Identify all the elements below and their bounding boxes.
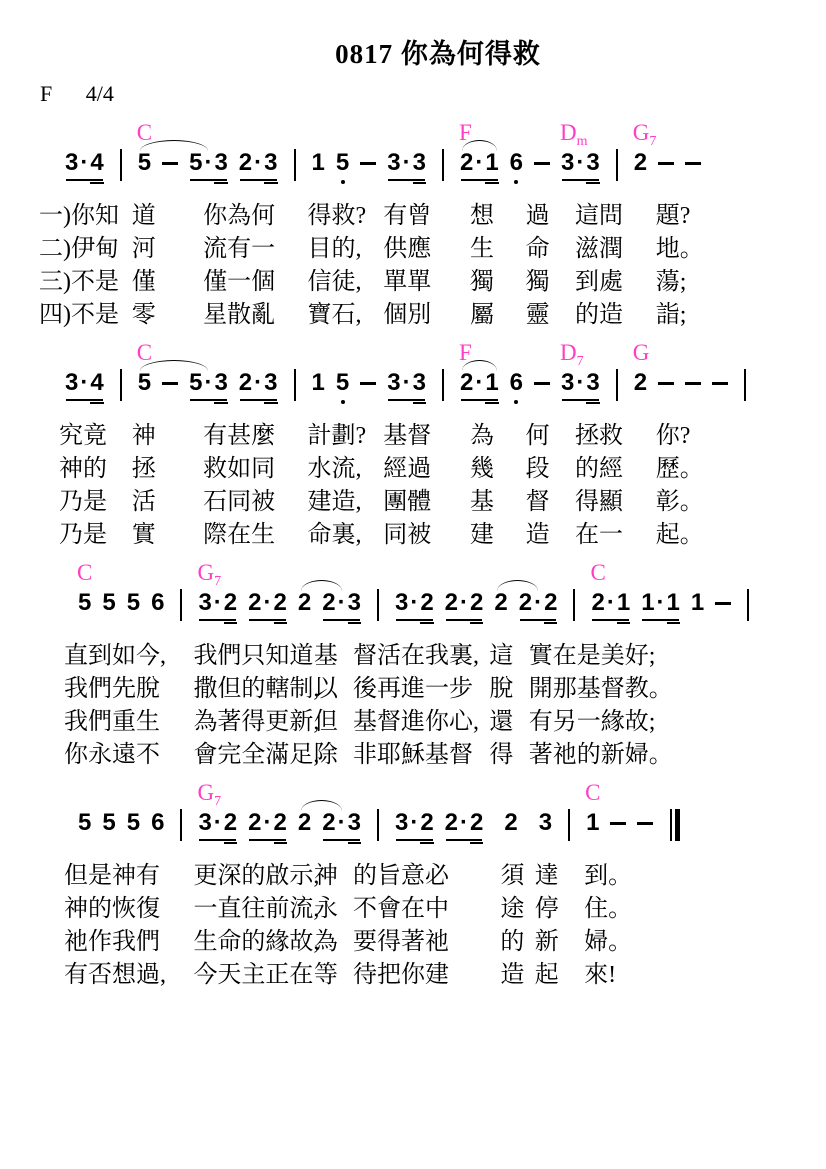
title-row: 0817 你為何得救 [0,0,826,71]
note: 5 [127,809,140,837]
note: 5 [102,589,115,617]
lyric-segment: 為著得更新, [193,707,319,738]
note-number: 2 [239,149,252,176]
lyric-segment: 你永遠不 [64,740,160,771]
note-number: 5 [78,589,91,616]
lyric-segment: 命裏, [308,520,362,551]
lyric-segment: 四)不是 [39,300,119,331]
note-number: 2 [248,589,261,616]
dotted-note-pair: 2·3 [239,149,278,177]
lyric-segment: 基督 [383,421,431,452]
lyric-segment: 停 [535,894,559,925]
lyric-segment: 有另一緣故; [529,707,656,738]
chord-symbol: C [137,121,152,145]
music-system: G7C55563·22·222·33·22·2231但是神有更深的啟示,神的旨意… [0,781,826,993]
bar-line [294,369,296,401]
note: 2 [634,149,647,177]
lyric-segment: 段 [526,454,550,485]
lyrics-block: 但是神有更深的啟示,神的旨意必須達到。神的恢復一直往前流,永不會在中途停住。祂作… [0,861,826,993]
chord-symbol: C [585,781,600,805]
lyric-row: 但是神有更深的啟示,神的旨意必須達到。 [0,861,826,894]
chord-letter: C [137,340,152,365]
bar-line [573,589,575,621]
dotted-note-pair: 3·2 [395,589,434,617]
dotted-note-pair: 1·1 [641,589,680,617]
note-number: 2 [420,589,433,616]
lyric-segment: 以 [314,674,338,705]
dotted-note-pair: 3·2 [395,809,434,837]
note-number: 5 [102,809,115,836]
note-number: 6 [151,809,164,836]
lyric-segment: 造 [500,960,524,991]
chord-symbol: C [590,561,605,585]
lyric-segment: 的經 [575,454,623,485]
note-number: 2 [494,589,507,616]
lyric-segment: 團體 [383,487,431,518]
lyric-row: 四)不是零星散亂寶石,個別屬靈的造詣; [0,300,826,333]
note: 5 [138,369,151,397]
dash-rest [712,382,728,385]
chord-letter: C [590,560,605,585]
hymn-sheet-page: 0817 你為何得救 F 4/4 CFDmG73·455·32·3153·32·… [0,0,826,1169]
lyric-segment: 的 [500,927,524,958]
rhythm-dot: · [576,149,584,176]
note-number: 3 [65,149,78,176]
lyric-segment: 蕩; [656,267,687,298]
lyric-segment: 建 [470,520,494,551]
note-number: 6 [151,589,164,616]
dotted-note-pair: 2·2 [248,589,287,617]
low-octave-dot [514,180,518,184]
notation-line: 55563·22·222·33·22·2231 [0,807,826,859]
note-number: 2 [239,369,252,396]
note-number: 1 [485,149,498,176]
lyric-segment: 有曾 [383,201,431,232]
note-number: 5 [127,589,140,616]
dotted-note-pair: 3·4 [65,149,104,177]
rhythm-dot: · [460,809,468,836]
note-number: 1 [312,149,325,176]
lyric-segment: 二)伊甸 [39,234,119,265]
note-number: 2 [224,809,237,836]
lyric-segment: 靈 [526,300,550,331]
note-number: 2 [470,809,483,836]
rhythm-dot: · [204,369,212,396]
bar-line [442,149,444,181]
note-number: 1 [586,809,599,836]
lyric-segment: 你為何 [203,201,275,232]
note-number: 3 [561,149,574,176]
lyric-segment: 脫 [489,674,513,705]
lyric-segment: 歷。 [656,454,704,485]
lyric-segment: 一直往前流, [193,894,319,925]
low-octave-dot [341,180,345,184]
lyric-segment: 有否想過, [64,960,166,991]
key-signature: F [40,81,52,106]
dotted-note-pair: 2·1 [460,149,499,177]
chord-letter: D [560,120,577,145]
dotted-note-pair: 5·3 [189,369,228,397]
lyric-segment: 屬 [470,300,494,331]
chords-row: CG7C [0,561,826,587]
final-bar-line [670,809,680,841]
rhythm-dot: · [410,809,418,836]
lyric-segment: 永 [314,894,338,925]
lyric-segment: 後再進一步 [353,674,473,705]
lyric-segment: 供應 [383,234,431,265]
note-number: 2 [634,369,647,396]
lyric-segment: 造 [526,520,550,551]
lyric-segment: 基督進你心, [353,707,479,738]
bar-line [377,809,379,841]
bar-line [747,589,749,621]
bar-line [568,809,570,841]
lyric-segment: 獨 [526,267,550,298]
low-octave-dot [341,400,345,404]
note-number: 5 [336,369,349,396]
lyric-segment: 起 [535,960,559,991]
lyric-segment: 生 [470,234,494,265]
dash-rest [715,602,731,605]
lyric-segment: 督活在我裏, [353,641,479,672]
note-number: 2 [591,589,604,616]
note-number: 2 [322,589,335,616]
note: 2 [298,589,311,617]
note: 6 [151,589,164,617]
rhythm-dot: · [80,149,88,176]
note-number: 3 [395,809,408,836]
note-number: 3 [413,149,426,176]
dash-rest [685,162,701,165]
lyric-row: 乃是活石同被建造,團體基督得顯彰。 [0,487,826,520]
lyric-row: 我們重生為著得更新,但基督進你心,還有另一緣故; [0,707,826,740]
lyric-segment: 石同被 [203,487,275,518]
note-number: 2 [224,589,237,616]
lyric-segment: 地。 [656,234,704,265]
rhythm-dot: · [254,149,262,176]
note-number: 3 [387,369,400,396]
bar-line [442,369,444,401]
note: 2 [634,369,647,397]
note-number: 3 [387,149,400,176]
lyric-segment: 開那基督教。 [529,674,673,705]
lyric-segment: 今天主正在 [193,960,313,991]
lyric-segment: 你? [656,421,691,452]
dotted-note-pair: 3·2 [198,589,237,617]
dash-rest [685,382,701,385]
note-number: 2 [634,149,647,176]
lyric-segment: 婦。 [584,927,632,958]
note: 2 [494,589,507,617]
note-number: 2 [544,589,557,616]
rhythm-dot: · [534,589,542,616]
note-number: 1 [485,369,498,396]
dotted-note-pair: 2·1 [460,369,499,397]
note-number: 2 [460,149,473,176]
lyric-segment: 彰。 [656,487,704,518]
bar-line [120,149,122,181]
note: 5 [336,369,349,397]
rhythm-dot: · [264,809,272,836]
lyric-segment: 計劃? [308,421,367,452]
lyrics-block: 一)你知道你為何得救?有曾想過這問題?二)伊甸河流有一目的,供應生命滋潤地。三)… [0,201,826,333]
rhythm-dot: · [264,589,272,616]
lyric-segment: 三)不是 [39,267,119,298]
dotted-note-pair: 3·3 [561,369,600,397]
lyric-row: 二)伊甸河流有一目的,供應生命滋潤地。 [0,234,826,267]
page-title: 0817 你為何得救 [335,39,541,69]
lyric-segment: 這 [489,641,513,672]
bar-line [744,369,746,401]
lyric-row: 祂作我們生命的緣故,為要得著祂的新婦。 [0,927,826,960]
note-number: 2 [322,809,335,836]
lyric-segment: 來! [584,960,616,991]
note-number: 2 [274,809,287,836]
chord-letter: G [197,780,214,805]
note: 5 [336,149,349,177]
note-number: 3 [586,369,599,396]
lyric-segment: 僅 [132,267,156,298]
lyric-segment: 生命的緣故, [193,927,319,958]
lyric-segment: 救如同 [203,454,275,485]
lyric-segment: 題? [656,201,691,232]
notation-line: 55563·22·222·33·22·222·22·11·11 [0,587,826,639]
note-number: 5 [189,369,202,396]
dotted-note-pair: 5·3 [189,149,228,177]
lyric-row: 直到如今,我們只知道基督活在我裏,這實在是美好; [0,641,826,674]
lyric-segment: 不會在中 [353,894,449,925]
dotted-note-pair: 2·2 [519,589,558,617]
dotted-note-pair: 3·2 [198,809,237,837]
dotted-note-pair: 2·1 [591,589,630,617]
lyric-row: 我們先脫撒但的轄制,以後再進一步脫開那基督教。 [0,674,826,707]
lyric-segment: 途 [500,894,524,925]
lyric-segment: 會完全滿足, [193,740,319,771]
low-octave-dot [514,400,518,404]
rhythm-dot: · [657,589,665,616]
lyric-segment: 更深的啟示, [193,861,319,892]
lyric-row: 乃是實際在生命裏,同被建造在一起。 [0,520,826,553]
note-number: 3 [348,809,361,836]
rhythm-dot: · [80,369,88,396]
lyric-segment: 過 [526,201,550,232]
note-number: 6 [510,149,523,176]
lyric-segment: 命 [526,234,550,265]
lyric-segment: 河 [132,234,156,265]
lyric-segment: 寶石, [308,300,362,331]
note-number: 1 [691,589,704,616]
rhythm-dot: · [254,369,262,396]
lyric-segment: 信徒, [308,267,362,298]
note-number: 5 [189,149,202,176]
rhythm-dot: · [214,589,222,616]
lyric-segment: 實在是美好; [529,641,656,672]
chord-letter: C [585,780,600,805]
lyric-segment: 的旨意必 [353,861,449,892]
lyric-segment: 個別 [383,300,431,331]
lyric-segment: 流有一 [203,234,275,265]
lyric-segment: 一)你知 [39,201,119,232]
lyric-segment: 神的 [59,454,107,485]
music-system: CFDmG73·455·32·3153·32·163·32一)你知道你為何得救?… [0,121,826,333]
lyric-row: 究竟神有甚麼計劃?基督為何拯救你? [0,421,826,454]
lyric-row: 三)不是僅僅一個信徒,單單獨獨到處蕩; [0,267,826,300]
note-number: 3 [413,369,426,396]
lyric-segment: 實 [132,520,156,551]
lyric-segment: 星散亂 [203,300,275,331]
lyric-segment: 有甚麼 [203,421,275,452]
dash-rest [162,162,178,165]
lyric-segment: 我們只知道 [193,641,313,672]
chord-letter: G [197,560,214,585]
dash-rest [360,382,376,385]
lyric-segment: 這問 [575,201,623,232]
note-number: 3 [539,809,552,836]
chords-row: CFD7G [0,341,826,367]
lyric-segment: 經過 [383,454,431,485]
note-number: 1 [312,369,325,396]
lyric-segment: 道 [132,201,156,232]
lyric-segment: 新 [535,927,559,958]
lyric-segment: 零 [132,300,156,331]
rhythm-dot: · [403,369,411,396]
lyric-segment: 何 [526,421,550,452]
chord-letter: C [77,560,92,585]
note-number: 3 [264,149,277,176]
lyric-segment: 但是神有 [64,861,160,892]
note: 6 [510,149,523,177]
chord-symbol: G [633,341,650,365]
lyric-row: 一)你知道你為何得救?有曾想過這問題? [0,201,826,234]
note-number: 3 [214,369,227,396]
lyric-segment: 得顯 [575,487,623,518]
lyric-segment: 還 [489,707,513,738]
lyric-segment: 著祂的新婦。 [529,740,673,771]
lyric-segment: 為 [314,927,338,958]
lyric-segment: 單單 [383,267,431,298]
notation-line: 3·455·32·3153·32·163·32 [0,147,826,199]
music-system: CG7C55563·22·222·33·22·222·22·11·11直到如今,… [0,561,826,773]
note: 3 [539,809,552,837]
lyric-segment: 神的恢復 [64,894,160,925]
note: 5 [138,149,151,177]
note-number: 2 [504,809,517,836]
chord-symbol: C [137,341,152,365]
final-bar-thin [670,809,672,841]
note-number: 1 [667,589,680,616]
note: 1 [312,149,325,177]
notation-line: 3·455·32·3153·32·163·32 [0,367,826,419]
dotted-note-pair: 3·3 [387,149,426,177]
dotted-note-pair: 3·4 [65,369,104,397]
dash-rest [658,162,674,165]
lyric-segment: 達 [535,861,559,892]
lyric-row: 神的拯救如同水流,經過幾段的經歷。 [0,454,826,487]
note: 2 [298,809,311,837]
lyric-segment: 基 [470,487,494,518]
lyric-segment: 非耶穌基督 [353,740,473,771]
lyric-segment: 直到如今, [64,641,166,672]
chord-letter: D [560,340,577,365]
note-number: 3 [586,149,599,176]
lyric-segment: 獨 [470,267,494,298]
note-number: 4 [90,369,103,396]
lyric-segment: 滋潤 [575,234,623,265]
dotted-note-pair: 3·3 [387,369,426,397]
note-number: 3 [264,369,277,396]
note-number: 3 [198,809,211,836]
lyrics-block: 究竟神有甚麼計劃?基督為何拯救你?神的拯救如同水流,經過幾段的經歷。乃是活石同被… [0,421,826,553]
dash-rest [534,382,550,385]
lyric-row: 有否想過,今天主正在等待把你建造起來! [0,960,826,993]
lyric-segment: 基 [314,641,338,672]
key-signature-row: F 4/4 [40,81,826,107]
lyric-segment: 的造 [575,300,623,331]
note-number: 3 [65,369,78,396]
note: 1 [312,369,325,397]
lyric-segment: 我們重生 [64,707,160,738]
lyric-segment: 到。 [584,861,632,892]
note-number: 2 [298,809,311,836]
lyric-segment: 神 [314,861,338,892]
lyric-segment: 得 [489,740,513,771]
rhythm-dot: · [410,589,418,616]
dash-rest [360,162,376,165]
note-number: 2 [274,589,287,616]
dotted-note-pair: 2·2 [445,809,484,837]
lyric-segment: 目的, [308,234,362,265]
lyric-segment: 等 [314,960,338,991]
note: 1 [586,809,599,837]
bar-line [377,589,379,621]
rhythm-dot: · [607,589,615,616]
chord-letter: G [633,340,650,365]
note-number: 1 [641,589,654,616]
dash-rest [610,822,626,825]
note-number: 3 [198,589,211,616]
lyric-segment: 乃是 [59,520,107,551]
rhythm-dot: · [338,809,346,836]
chord-letter: G [633,120,650,145]
lyric-segment: 水流, [308,454,362,485]
lyric-row: 神的恢復一直往前流,永不會在中途停住。 [0,894,826,927]
dotted-note-pair: 2·3 [322,589,361,617]
note: 5 [102,809,115,837]
lyric-segment: 除 [314,740,338,771]
lyric-segment: 際在生 [203,520,275,551]
note-number: 2 [298,589,311,616]
dotted-note-pair: 2·3 [322,809,361,837]
lyric-segment: 為 [470,421,494,452]
lyric-segment: 建造, [308,487,362,518]
dash-rest [637,822,653,825]
dotted-note-pair: 2·2 [248,809,287,837]
rhythm-dot: · [475,149,483,176]
note-number: 4 [90,149,103,176]
note-number: 2 [470,589,483,616]
lyric-segment: 督 [526,487,550,518]
rhythm-dot: · [403,149,411,176]
time-signature: 4/4 [86,81,114,106]
note: 2 [504,809,517,837]
note-number: 3 [561,369,574,396]
dash-rest [162,382,178,385]
note-number: 2 [420,809,433,836]
note-number: 5 [127,809,140,836]
note-number: 3 [395,589,408,616]
note-number: 5 [78,809,91,836]
bar-line [616,369,618,401]
